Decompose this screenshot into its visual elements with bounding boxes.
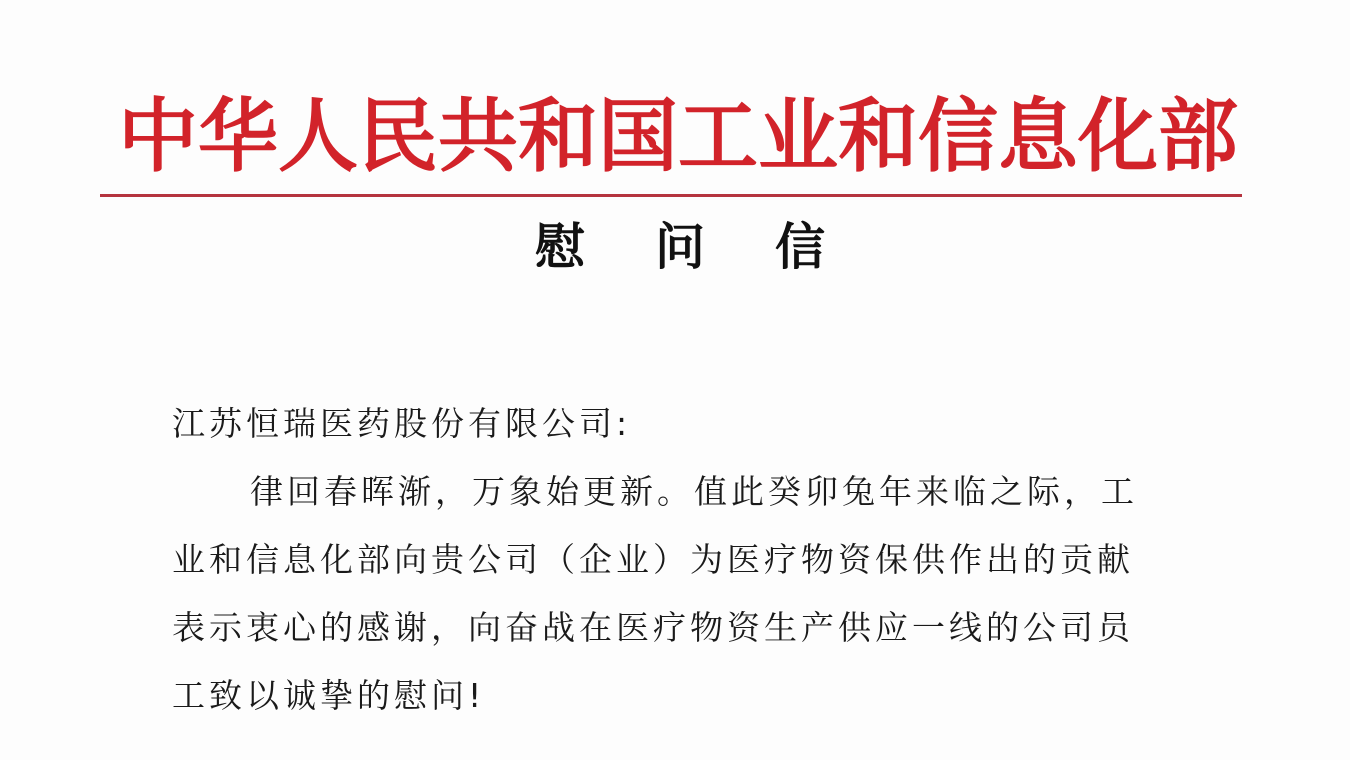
salutation: 江苏恒瑞医药股份有限公司: bbox=[172, 390, 1182, 458]
issuer-char: 国 bbox=[598, 86, 678, 186]
title-char: 问 bbox=[650, 207, 710, 279]
issuer-char: 民 bbox=[358, 86, 438, 186]
issuer-char: 工 bbox=[678, 86, 758, 186]
issuer-char: 化 bbox=[1078, 86, 1158, 186]
letter-page: 中 华 人 民 共 和 国 工 业 和 信 息 化 部 慰 问 信 江苏恒瑞医药… bbox=[0, 0, 1350, 760]
title-char: 慰 bbox=[530, 207, 590, 279]
issuer-char: 共 bbox=[438, 86, 518, 186]
issuer-char: 息 bbox=[998, 86, 1078, 186]
issuer-char: 和 bbox=[838, 86, 918, 186]
issuer-char: 中 bbox=[118, 86, 198, 186]
issuer-char: 信 bbox=[918, 86, 998, 186]
issuer-char: 业 bbox=[758, 86, 838, 186]
issuer-char: 和 bbox=[518, 86, 598, 186]
title-char: 信 bbox=[770, 207, 830, 279]
document-title: 慰 问 信 bbox=[530, 208, 830, 278]
body-line-3: 表示衷心的感谢，向奋战在医疗物资生产供应一线的公司员 bbox=[172, 594, 1182, 662]
body-line-2: 业和信息化部向贵公司（企业）为医疗物资保供作出的贡献 bbox=[172, 526, 1182, 594]
issuer-char: 华 bbox=[198, 86, 278, 186]
body-line-4: 工致以诚挚的慰问! bbox=[172, 662, 1182, 730]
body-line-1: 律回春晖渐，万象始更新。值此癸卯兔年来临之际，工 bbox=[172, 458, 1182, 526]
issuer-char: 人 bbox=[278, 86, 358, 186]
red-divider-rule bbox=[100, 194, 1242, 197]
letter-body: 江苏恒瑞医药股份有限公司: 律回春晖渐，万象始更新。值此癸卯兔年来临之际，工 业… bbox=[172, 390, 1182, 730]
issuer-char: 部 bbox=[1158, 86, 1238, 186]
issuer-heading: 中 华 人 民 共 和 国 工 业 和 信 息 化 部 bbox=[118, 86, 1238, 186]
